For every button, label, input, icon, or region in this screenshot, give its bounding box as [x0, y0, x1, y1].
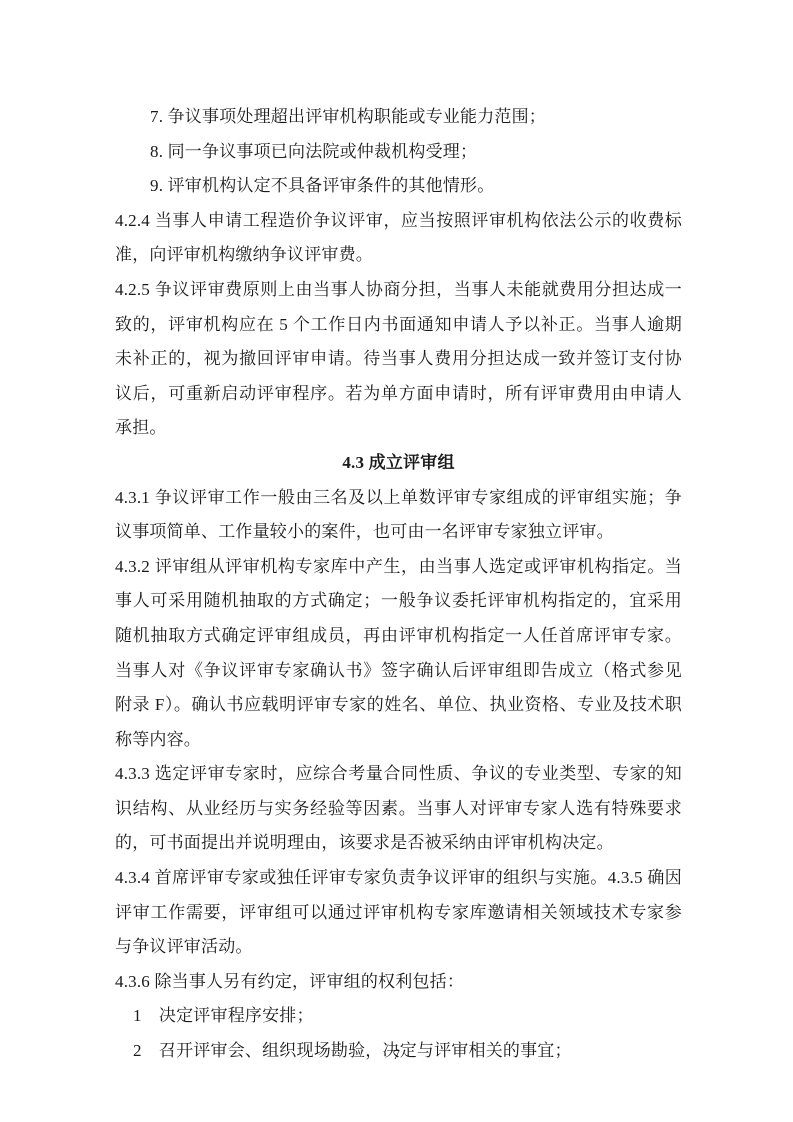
page-number: 7	[0, 1046, 793, 1066]
paragraph: 4.2.5 争议评审费原则上由当事人协商分担，当事人未能就费用分担达成一致的，评…	[115, 273, 682, 446]
section-heading: 4.3 成立评审组	[115, 446, 682, 481]
document-page: 7. 争议事项处理超出评审机构职能或专业能力范围；8. 同一争议事项已向法院或仲…	[0, 0, 793, 1122]
list-item: 7. 争议事项处理超出评审机构职能或专业能力范围；	[115, 100, 682, 135]
paragraph: 4.3.1 争议评审工作一般由三名及以上单数评审专家组成的评审组实施；争议事项简…	[115, 481, 682, 550]
paragraph: 4.3.4 首席评审专家或独任评审专家负责争议评审的组织与实施。4.3.5 确因…	[115, 861, 682, 965]
paragraph: 4.3.3 选定评审专家时，应综合考量合同性质、争议的专业类型、专家的知识结构、…	[115, 757, 682, 861]
paragraph: 4.3.2 评审组从评审机构专家库中产生，由当事人选定或评审机构指定。当事人可采…	[115, 550, 682, 758]
list-item: 9. 评审机构认定不具备评审条件的其他情形。	[115, 169, 682, 204]
paragraph: 4.2.4 当事人申请工程造价争议评审，应当按照评审机构依法公示的收费标准，向评…	[115, 204, 682, 273]
list-item: 8. 同一争议事项已向法院或仲裁机构受理；	[115, 135, 682, 170]
sub-item: 1 决定评审程序安排；	[115, 999, 682, 1034]
paragraph: 4.3.6 除当事人另有约定，评审组的权利包括：	[115, 965, 682, 1000]
text-block: 7. 争议事项处理超出评审机构职能或专业能力范围；8. 同一争议事项已向法院或仲…	[115, 100, 682, 1069]
